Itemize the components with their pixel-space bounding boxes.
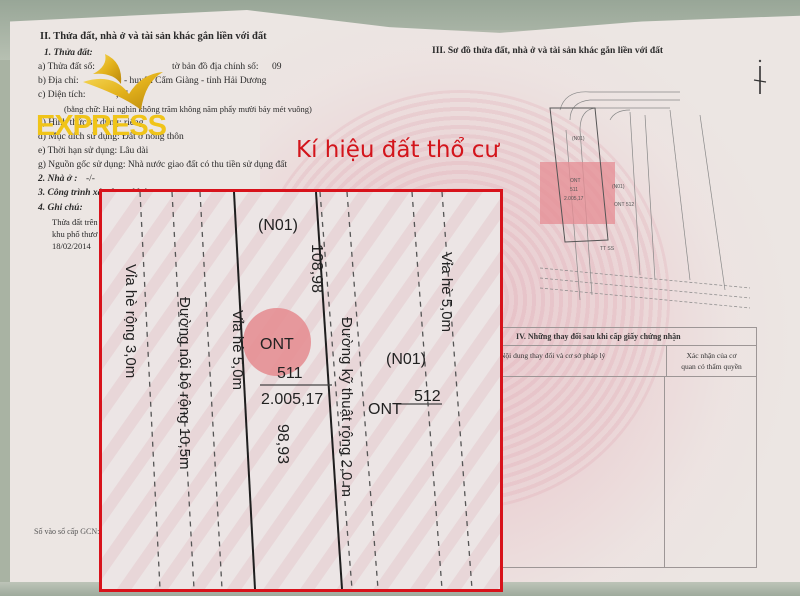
neighbor-plot-number: 512 — [414, 388, 441, 405]
changes-cell — [498, 377, 665, 567]
svg-text:511: 511 — [570, 187, 578, 193]
plot-number: 511 — [277, 365, 303, 382]
column-changes-content: Nội dung thay đổi và cơ sở pháp lý — [498, 346, 667, 376]
svg-text:TT SS: TT SS — [600, 246, 615, 252]
plot-group-top: (N01) — [258, 217, 298, 234]
notes-date: 18/02/2014 — [52, 239, 91, 253]
express-brand-text: EXPRESS — [36, 110, 166, 143]
golden-bird-icon — [83, 54, 163, 114]
section-4-title: IV. Những thay đổi sau khi cấp giấy chứn… — [498, 328, 756, 346]
section-2-title: II. Thửa đất, nhà ở và tài sản khác gắn … — [40, 30, 267, 44]
authority-line-1: Xác nhận của cơ — [667, 350, 756, 361]
svg-text:ONT: ONT — [570, 178, 581, 184]
authority-line-2: quan có thẩm quyền — [667, 361, 756, 372]
sidewalk-right-label: Vỉa hè 5,0m — [438, 252, 455, 332]
land-code-ont: ONT — [260, 336, 294, 353]
house-value: -/- — [86, 172, 95, 186]
svg-text:2.005,17: 2.005,17 — [564, 196, 584, 202]
footer-number: Số vào sổ cấp GCN: — [34, 525, 99, 539]
line-g: g) Nguồn gốc sử dụng: Nhà nước giao đất … — [38, 158, 287, 172]
express-watermark-logo: EXPRESS — [28, 48, 178, 148]
zoomed-plot-diagram: (N01) 108,98 ONT 511 2.005,17 98,93 Vỉa … — [102, 192, 500, 589]
neighbor-land-code: ONT — [368, 401, 402, 418]
plot-area: 2.005,17 — [261, 391, 323, 408]
plot-length-bottom: 98,93 — [274, 424, 291, 464]
svg-text:ONT 512: ONT 512 — [614, 202, 634, 208]
map-sheet-label: tờ bản đồ địa chính số: — [172, 60, 259, 74]
house-heading: 2. Nhà ở : — [38, 172, 77, 186]
north-arrow-icon — [750, 58, 770, 98]
section-4-changes-table: IV. Những thay đổi sau khi cấp giấy chứn… — [497, 327, 757, 568]
mini-land-plot-diagram: (N01) ONT 511 2.005,17 (N01) ONT 512 TT … — [540, 70, 750, 320]
callout-residential-land-symbol: Kí hiệu đất thổ cư — [296, 137, 499, 163]
internal-road-label: Đường nội bộ rộng 10,5m — [176, 297, 193, 469]
neighbor-group-label: (N01) — [386, 351, 426, 368]
map-sheet-value: 09 — [272, 60, 282, 74]
plot-length-top: 108,98 — [308, 244, 325, 293]
column-authority-confirmation: Xác nhận của cơ quan có thẩm quyền — [667, 346, 756, 376]
svg-text:(N01): (N01) — [612, 184, 625, 190]
notes-heading: 4. Ghi chú: — [38, 201, 83, 215]
section-3-title: III. Sơ đồ thửa đất, nhà ở và tài sản kh… — [432, 44, 663, 58]
sidewalk-left-label: Vỉa hè rộng 3,0m — [122, 264, 139, 378]
svg-text:(N01): (N01) — [572, 136, 585, 142]
sidewalk-mid-label: Vỉa hè 5,0m — [229, 310, 246, 390]
zoomed-plot-detail: (N01) 108,98 ONT 511 2.005,17 98,93 Vỉa … — [99, 189, 503, 592]
technical-road-label: Đường kỹ thuật rộng 2,0 m — [338, 317, 355, 497]
